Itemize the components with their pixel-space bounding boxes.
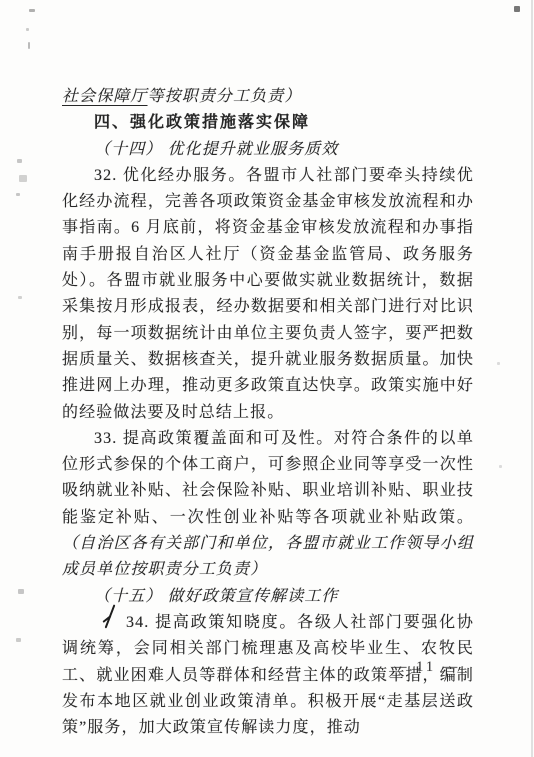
scan-speckle [514, 6, 520, 12]
struck-paragraph-number: 34. [94, 610, 149, 636]
scan-speckle [497, 362, 500, 365]
scan-speckle [29, 9, 35, 12]
scan-speckle [17, 159, 22, 163]
text-segment: （十五） 做好政策宣传解读工作 [94, 588, 339, 605]
scan-speckle [28, 42, 30, 49]
scan-edge-artifact [531, 0, 533, 757]
carryover-line: 社会保障厅等按职责分工负责） [62, 84, 474, 110]
scan-speckle [16, 193, 20, 196]
scanned-document-page: 社会保障厅等按职责分工负责）四、强化政策措施落实保障（十四） 优化提升就业服务质… [0, 0, 534, 757]
text-segment: 32. 优化经办服务。各盟市人社部门要牵头持续优化经办流程，完善各项政策资金基金… [62, 167, 474, 421]
subsection-heading-15: （十五） 做好政策宣传解读工作 [62, 584, 474, 610]
paragraph-32: 32. 优化经办服务。各盟市人社部门要牵头持续优化经办流程，完善各项政策资金基金… [62, 163, 474, 426]
text-segment: （自治区各有关部门和单位，各盟市就业工作领导小组成员单位按职责分工负责） [62, 535, 474, 578]
document-body: 社会保障厅等按职责分工负责）四、强化政策措施落实保障（十四） 优化提升就业服务质… [62, 84, 474, 741]
scan-speckle [19, 175, 27, 182]
scan-speckle [18, 589, 24, 594]
scan-speckle [16, 638, 21, 642]
text-segment: 等按职责分工负责） [148, 88, 302, 105]
text-segment: 四、强化政策措施落实保障 [94, 114, 310, 131]
paragraph-33: 33. 提高政策覆盖面和可及性。对符合条件的以单位形式参保的个体工商户，可参照企… [62, 426, 474, 584]
scan-speckle [18, 296, 22, 299]
section-heading-4: 四、强化政策措施落实保障 [62, 110, 474, 136]
scan-speckle [499, 465, 502, 468]
text-segment: （十四） 优化提升就业服务质效 [94, 141, 339, 158]
subsection-heading-14: （十四） 优化提升就业服务质效 [62, 137, 474, 163]
text-segment: 33. 提高政策覆盖面和可及性。对符合条件的以单位形式参保的个体工商户，可参照企… [62, 430, 474, 526]
scan-speckle [26, 28, 29, 31]
page-number: — 11 — [392, 659, 460, 676]
text-segment: 社会保障厅 [62, 88, 148, 105]
